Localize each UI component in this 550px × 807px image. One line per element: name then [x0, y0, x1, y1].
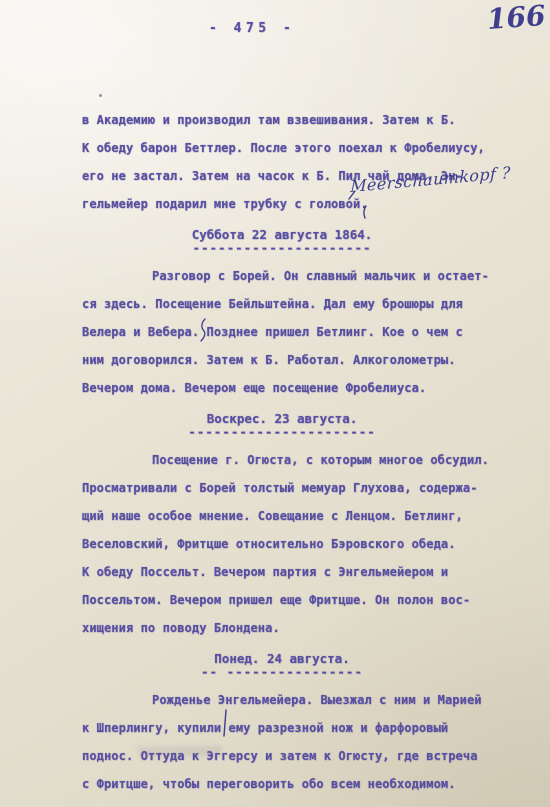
typed-line: гельмейер подарил мне трубку с головой. — [82, 190, 482, 218]
typed-line: к Шперлингу, купили ему разрезной нож и … — [82, 714, 482, 742]
correction-squiggle-icon — [198, 318, 208, 342]
heading-underline: ---------------------- — [82, 427, 482, 436]
typed-line: в Академию и производил там взвешивания.… — [82, 106, 482, 134]
folio-number-handwritten: 166 — [486, 0, 547, 36]
section-heading: Суббота 22 августа 1864.----------------… — [82, 226, 482, 252]
page-number: - 475 - — [209, 21, 295, 36]
paragraph: Посещение г. Огюста, с которым многое об… — [82, 446, 482, 642]
document-body: в Академию и производил там взвешивания.… — [82, 106, 482, 798]
insertion-mark-icon — [360, 205, 370, 219]
typed-line: Рожденье Энгельмейера. Выезжал с ним и М… — [82, 686, 482, 714]
typed-line: хищения по поводу Блондена. — [82, 614, 482, 642]
typed-line: ся здесь. Посещение Бейльштейна. Дал ему… — [82, 290, 482, 318]
heading-underline: --------------------- — [82, 243, 482, 252]
scanned-page: - 475 - 166 в Академию и производил там … — [0, 0, 550, 807]
typed-line: Поссельтом. Вечером пришел еще Фритцше. … — [82, 586, 482, 614]
faint-stamp-smudge — [138, 745, 222, 757]
typed-line: Велера и Вебера. Позднее пришел Бетлинг.… — [82, 318, 482, 346]
word-divider-icon — [221, 709, 229, 737]
typed-line: с Фритцше, чтобы переговорить обо всем н… — [82, 770, 482, 798]
paragraph: Рожденье Энгельмейера. Выезжал с ним и М… — [82, 686, 482, 798]
typed-line: Разговор с Борей. Он славный мальчик и о… — [82, 262, 482, 290]
paragraph: Разговор с Борей. Он славный мальчик и о… — [82, 262, 482, 402]
section-heading: Воскрес. 23 августа.--------------------… — [82, 410, 482, 436]
typed-line: ним договорился. Затем к Б. Работал. Алк… — [82, 346, 482, 374]
typed-line: Веселовский, Фритцше относительно Бэровс… — [82, 530, 482, 558]
typed-line: Посещение г. Огюста, с которым многое об… — [82, 446, 482, 474]
section-heading: Понед. 24 августа.-- ---------------- — [82, 650, 482, 676]
typed-line: К обеду Поссельт. Вечером партия с Энгел… — [82, 558, 482, 586]
paper-speck — [99, 94, 102, 97]
heading-underline: -- ---------------- — [82, 667, 482, 676]
typed-line: К обеду барон Беттлер. После этого поеха… — [82, 134, 482, 162]
stress-mark-icon — [347, 190, 357, 200]
paragraph: в Академию и производил там взвешивания.… — [82, 106, 482, 218]
typed-line: щий наше особое мнение. Совещание с Ленц… — [82, 502, 482, 530]
typed-line: Вечером дома. Вечером еще посещение Фроб… — [82, 374, 482, 402]
typed-line: Просматривали с Борей толстый мемуар Глу… — [82, 474, 482, 502]
